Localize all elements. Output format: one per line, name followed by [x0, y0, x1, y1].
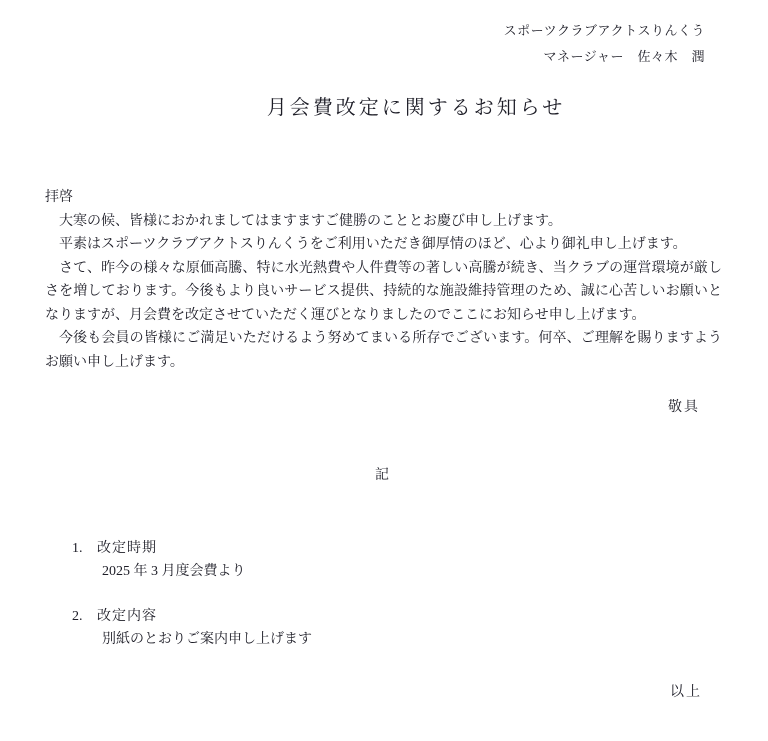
- notice-item-1-label: 改定時期: [97, 541, 157, 556]
- body-paragraph: 平素はスポーツクラブアクトスりんくうをご利用いただき御厚情のほど、心より御礼申し…: [45, 233, 722, 257]
- notice-item-1-detail: 2025 年 3 月度会費より: [102, 560, 246, 584]
- end-marker-ijou: 以上: [670, 681, 702, 705]
- body-paragraph: 今後も会員の皆様にご満足いただけるよう努めてまいる所存でございます。何卒、ご理解…: [45, 327, 722, 374]
- notice-item-1: 1.改定時期: [72, 537, 157, 561]
- letter-page: スポーツクラブアクトスりんくう マネージャー 佐々木 潤 月会費改定に関するお知…: [0, 0, 768, 741]
- sender-signer: マネージャー 佐々木 潤: [504, 44, 705, 70]
- body-paragraph: さて、昨今の様々な原価高騰、特に水光熱費や人件費等の著しい高騰が続き、当クラブの…: [45, 257, 722, 328]
- record-marker-ki: 記: [0, 464, 764, 488]
- body-paragraph: 大寒の候、皆様におかれましてはますますご健勝のこととお慶び申し上げます。: [45, 210, 722, 234]
- letter-title: 月会費改定に関するお知らせ: [64, 94, 768, 122]
- notice-item-2-number: 2.: [72, 605, 97, 629]
- notice-item-2: 2.改定内容: [72, 605, 157, 629]
- letter-body: 拝啓 大寒の候、皆様におかれましてはますますご健勝のこととお慶び申し上げます。 …: [45, 186, 722, 374]
- notice-item-1-number: 1.: [72, 537, 97, 561]
- sender-organization: スポーツクラブアクトスりんくう: [504, 18, 705, 44]
- notice-item-2-label: 改定内容: [97, 609, 157, 624]
- salutation: 拝啓: [45, 186, 722, 210]
- sender-block: スポーツクラブアクトスりんくう マネージャー 佐々木 潤: [504, 18, 705, 70]
- notice-item-2-detail: 別紙のとおりご案内申し上げます: [102, 628, 312, 652]
- closing-keigu: 敬具: [668, 396, 700, 420]
